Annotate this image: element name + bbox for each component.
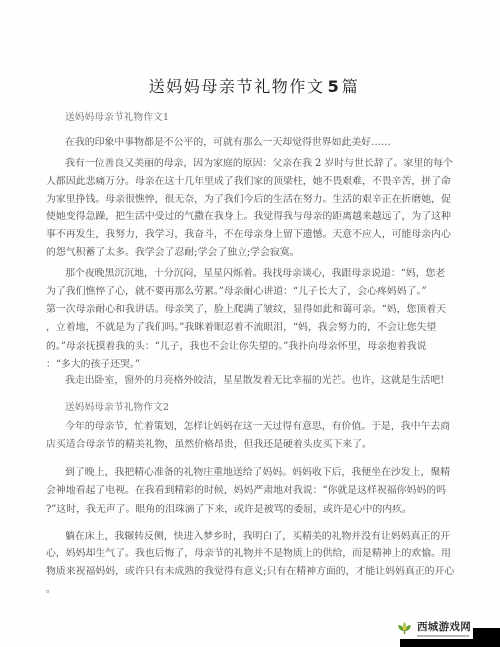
watermark-site-name: 西城游戏网 xyxy=(417,621,471,633)
paragraph-line: 人都因此悲痛万分。母亲在这十几年里成了我们家的顶梁柱，她不畏艰难，不畏辛苦，拼了… xyxy=(46,176,451,188)
paragraph-line: 会神地看起了电视。在我看到精彩的时候，妈妈严肃地对我说：“你就是这样祝福你妈妈的… xyxy=(46,485,446,497)
paragraph-line: 的。”母亲抚摸着我的头：“儿子，我也不会让你失望的。”我扑向母亲怀里，母亲抱着我… xyxy=(46,341,427,353)
paragraph-line: 店买适合母亲节的精美礼物，虽然价格昂贵，但我还是硬着头皮买下来了。 xyxy=(46,439,372,451)
essay-heading-1: 送妈妈母亲节礼物作文1 xyxy=(65,112,169,124)
paragraph-line: 今年的母亲节，忙着策划，怎样让妈妈在这一天过得有意思，有价值。于是，我中午去商 xyxy=(65,421,450,433)
paragraph-line: 为家里挣钱。母亲很憔悴，很无奈，为了我们今后的生活在努力。生活的艰辛正在折磨她，… xyxy=(46,194,451,206)
paragraph-line: ：“多大的孩子还哭。” xyxy=(46,359,140,371)
paragraph-line: ，立着地，不就是为了我们吗。”我眯着眼忍着不流眼泪，“妈，我会努力的，不会让您失… xyxy=(46,322,436,334)
paragraph-line: 到了晚上，我把精心准备的礼物庄重地送给了妈妈。妈妈收下后，我便坐在沙发上，聚精 xyxy=(65,467,450,479)
leaf-logo-icon xyxy=(398,622,411,634)
title-suffix: 篇 xyxy=(342,77,360,96)
paragraph-line: ?”这时，我无声了。眼角的泪珠滴了下来，或许是被骂的委屈，或许是心中的内疚。 xyxy=(46,504,412,516)
paragraph-line: 躺在床上，我辗转反侧，快进入梦乡时，我明白了，买精美的礼物并没有让妈妈真正的开 xyxy=(65,531,450,543)
title-number: 5 xyxy=(328,77,339,96)
paragraph-line: 为了我们憔悴了心，就不要再那么劳累。”母亲耐心讲道：“儿子长大了，会心疼妈妈了。… xyxy=(46,286,427,298)
paragraph-line: 第一次母亲耐心和我讲话。母亲笑了，脸上爬满了皱纹，显得如此和蔼可亲。“妈，您顶着… xyxy=(46,304,446,316)
black-bar-strip xyxy=(400,639,500,647)
essay-heading-2: 送妈妈母亲节礼物作文2 xyxy=(65,402,169,414)
watermark-subtitle-line xyxy=(417,635,469,637)
paragraph-line: 使她变得急躁，把生活中受过的气撒在我身上。我觉得我与母亲的距离越来越远了，为了这… xyxy=(46,211,451,223)
page-title: 送妈妈母亲节礼物作文5篇 xyxy=(0,77,500,97)
title-text: 送妈妈母亲节礼物作文 xyxy=(149,77,325,96)
paragraph-line: 我有一位善良又美丽的母亲，因为家庭的原因：父亲在我 2 岁时与世长辞了。家里的每… xyxy=(65,158,453,170)
paragraph-line: 在我的印象中事物都是不公平的，可就有那么一天却觉得世界如此美好…… xyxy=(65,137,391,149)
paragraph-line: 的怨气积蓄了太多。我学会了忍耐;学会了独立;学会寂寞。 xyxy=(46,247,300,259)
paragraph-line: 事不再发生，我努力，我学习，我奋斗，不在母亲身上留下遗憾。天意不应人，可能母亲内… xyxy=(46,229,451,241)
paragraph-line: 我走出卧室，窗外的月亮格外皎洁，星星散发着无比幸福的光芒。也许，这就是生活吧! xyxy=(65,375,444,387)
paragraph-line: 心，妈妈却生气了。我也后悔了，母亲节的礼物并不是物质上的供给，而是精神上的欢愉。… xyxy=(46,548,451,560)
paragraph-line: 。 xyxy=(46,584,56,596)
paragraph-line: 物质来祝福妈妈，或许只有未成熟的我觉得有意义;只有在精神方面的，才能让妈妈真正的… xyxy=(46,566,454,578)
paragraph-line: 那个夜晚黑沉沉地，十分沉闷，星星闪烁着。我找母亲谈心，我跟母亲说道：“妈，您老 xyxy=(65,268,445,280)
document-page: 送妈妈母亲节礼物作文5篇 送妈妈母亲节礼物作文1 在我的印象中事物都是不公平的，… xyxy=(0,0,500,647)
